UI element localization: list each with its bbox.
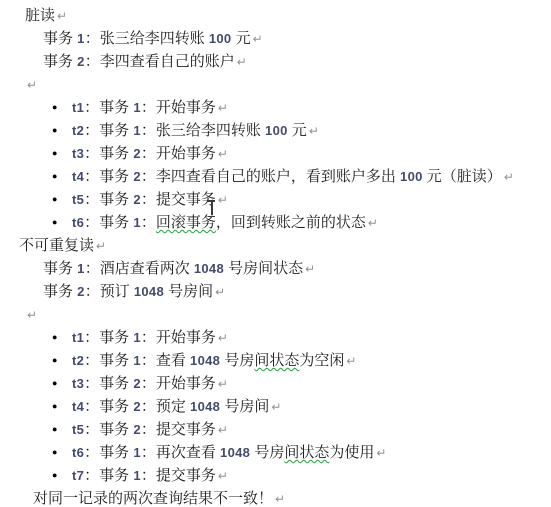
latin-run: 1 (77, 31, 85, 46)
bullet-icon: ● (52, 96, 57, 119)
text-segment: t5：事务 2：提交事务 (72, 421, 216, 438)
text-segment: 对同一记录的两次查询结果不一致！ (33, 490, 273, 507)
bullet-icon: ● (52, 188, 57, 211)
latin-run: 1 (133, 123, 141, 138)
latin-run: 2 (133, 192, 141, 207)
bullet-icon: ● (52, 211, 57, 234)
paragraph-mark-icon: ↵ (218, 193, 228, 207)
latin-run: 1048 (134, 284, 164, 299)
bullet-icon: ● (52, 372, 57, 395)
latin-run: t2 (72, 123, 84, 138)
bullet-nrr-t7[interactable]: ●t7：事务 1：提交事务↵ (0, 464, 551, 487)
latin-run: 1 (133, 215, 141, 230)
paragraph-mark-icon: ↵ (271, 400, 281, 414)
bullet-nrr-t2[interactable]: ●t2：事务 1：查看 1048 号房间状态为空闲↵ (0, 349, 551, 372)
heading-non-repeatable-read[interactable]: 不可重复读↵ (0, 234, 551, 257)
latin-run: 2 (133, 376, 141, 391)
bullet-icon: ● (52, 119, 57, 142)
text-segment: 事务 1：酒店查看两次 1048 号房间状态 (43, 260, 303, 277)
bullet-icon: ● (52, 165, 57, 188)
text-segment: t5：事务 2：提交事务 (72, 191, 216, 208)
bullet-nrr-t3[interactable]: ●t3：事务 2：开始事务↵ (0, 372, 551, 395)
text-segment: t6：事务 1： (72, 214, 156, 231)
latin-run: 1048 (190, 353, 220, 368)
latin-run: 100 (400, 169, 423, 184)
latin-run: t3 (72, 146, 84, 161)
bullet-dirty-t2[interactable]: ●t2：事务 1：张三给李四转账 100 元↵ (0, 119, 551, 142)
bullet-nrr-t1[interactable]: ●t1：事务 1：开始事务↵ (0, 326, 551, 349)
text-segment: t3：事务 2：开始事务 (72, 375, 216, 392)
para-dirty-tx2[interactable]: 事务 2：李四查看自己的账户↵ (0, 50, 551, 73)
paragraph-mark-icon: ↵ (218, 147, 228, 161)
paragraph-mark-icon: ↵ (346, 354, 356, 368)
latin-run: 2 (133, 146, 141, 161)
bullet-dirty-t4[interactable]: ●t4：事务 2：李四查看自己的账户，看到账户多出 100 元（脏读）↵ (0, 165, 551, 188)
bullet-icon: ● (52, 349, 57, 372)
latin-run: t4 (72, 169, 84, 184)
latin-run: t5 (72, 192, 84, 207)
text-segment: t2：事务 1：张三给李四转账 100 元 (72, 122, 307, 139)
paragraph-mark-icon: ↵ (215, 285, 225, 299)
latin-run: t1 (72, 100, 84, 115)
paragraph-mark-icon: ↵ (376, 446, 386, 460)
bullet-nrr-t4[interactable]: ●t4：事务 2：预定 1048 号房间↵ (0, 395, 551, 418)
document-page[interactable]: 脏读↵事务 1：张三给李四转账 100 元↵事务 2：李四查看自己的账户↵↵●t… (0, 0, 551, 507)
latin-run: t6 (72, 445, 84, 460)
paragraph-mark-icon: ↵ (309, 124, 319, 138)
latin-run: 2 (77, 284, 85, 299)
text-segment: t3：事务 2：开始事务 (72, 145, 216, 162)
text-segment: ，回到转账之前的状态 (216, 214, 366, 231)
bullet-icon: ● (52, 464, 57, 487)
bullet-dirty-t6[interactable]: ●t6：事务 1：回滚事务，回到转账之前的状态↵ (0, 211, 551, 234)
latin-run: 1 (133, 445, 141, 460)
text-segment: 事务 2：李四查看自己的账户 (43, 53, 235, 70)
grammar-error-text: 间状态 (284, 444, 329, 461)
empty-paragraph-1[interactable]: ↵ (0, 73, 551, 96)
latin-run: 100 (209, 31, 232, 46)
latin-run: 2 (133, 169, 141, 184)
text-segment: t4：事务 2：预定 1048 号房间 (72, 398, 269, 415)
latin-run: t1 (72, 330, 84, 345)
bullet-icon: ● (52, 418, 57, 441)
latin-run: t6 (72, 215, 84, 230)
heading-dirty-read[interactable]: 脏读↵ (0, 4, 551, 27)
para-conclusion[interactable]: 对同一记录的两次查询结果不一致！↵ (0, 487, 551, 507)
paragraph-mark-icon: ↵ (218, 423, 228, 437)
paragraph-mark-icon: ↵ (218, 377, 228, 391)
latin-run: t4 (72, 399, 84, 414)
latin-run: 2 (133, 422, 141, 437)
paragraph-mark-icon: ↵ (218, 101, 228, 115)
bullet-dirty-t1[interactable]: ●t1：事务 1：开始事务↵ (0, 96, 551, 119)
text-segment: 为空闲 (299, 352, 344, 369)
paragraph-mark-icon: ↵ (305, 262, 315, 276)
grammar-error-text: 回滚事务 (156, 214, 216, 231)
paragraph-list: 脏读↵事务 1：张三给李四转账 100 元↵事务 2：李四查看自己的账户↵↵●t… (0, 4, 551, 507)
text-segment: 脏读 (25, 7, 55, 24)
latin-run: t5 (72, 422, 84, 437)
latin-run: 100 (265, 123, 288, 138)
text-segment: t1：事务 1：开始事务 (72, 329, 216, 346)
text-segment: t4：事务 2：李四查看自己的账户，看到账户多出 100 元（脏读） (72, 168, 502, 185)
bullet-dirty-t3[interactable]: ●t3：事务 2：开始事务↵ (0, 142, 551, 165)
latin-run: 2 (77, 54, 85, 69)
text-segment: t1：事务 1：开始事务 (72, 99, 216, 116)
paragraph-mark-icon: ↵ (368, 216, 378, 230)
paragraph-mark-icon: ↵ (57, 9, 67, 23)
latin-run: 1048 (194, 261, 224, 276)
latin-run: 1048 (190, 399, 220, 414)
empty-paragraph-2[interactable]: ↵ (0, 303, 551, 326)
bullet-icon: ● (52, 326, 57, 349)
bullet-nrr-t6[interactable]: ●t6：事务 1：再次查看 1048 号房间状态为使用↵ (0, 441, 551, 464)
text-segment: 不可重复读 (19, 237, 94, 254)
paragraph-mark-icon: ↵ (237, 55, 247, 69)
text-segment: t7：事务 1：提交事务 (72, 467, 216, 484)
paragraph-mark-icon: ↵ (96, 239, 106, 253)
bullet-icon: ● (52, 441, 57, 464)
paragraph-mark-icon: ↵ (27, 78, 37, 92)
bullet-icon: ● (52, 142, 57, 165)
bullet-nrr-t5[interactable]: ●t5：事务 2：提交事务↵ (0, 418, 551, 441)
para-nrr-tx1[interactable]: 事务 1：酒店查看两次 1048 号房间状态↵ (0, 257, 551, 280)
latin-run: t2 (72, 353, 84, 368)
paragraph-mark-icon: ↵ (27, 308, 37, 322)
latin-run: 1048 (220, 445, 250, 460)
latin-run: 2 (133, 399, 141, 414)
text-segment: t2：事务 1：查看 1048 号房 (72, 352, 254, 369)
grammar-error-text: 间状态 (254, 352, 299, 369)
paragraph-mark-icon: ↵ (275, 492, 285, 506)
text-segment: 事务 2：预订 1048 号房间 (43, 283, 213, 300)
bullet-icon: ● (52, 395, 57, 418)
latin-run: 1 (133, 330, 141, 345)
latin-run: 1 (133, 353, 141, 368)
paragraph-mark-icon: ↵ (218, 331, 228, 345)
paragraph-mark-icon: ↵ (504, 170, 514, 184)
latin-run: t7 (72, 468, 84, 483)
bullet-dirty-t5[interactable]: ●t5：事务 2：提交事务↵ (0, 188, 551, 211)
latin-run: 1 (133, 100, 141, 115)
para-dirty-tx1[interactable]: 事务 1：张三给李四转账 100 元↵ (0, 27, 551, 50)
text-segment: 为使用 (329, 444, 374, 461)
paragraph-mark-icon: ↵ (218, 469, 228, 483)
para-nrr-tx2[interactable]: 事务 2：预订 1048 号房间↵ (0, 280, 551, 303)
latin-run: 1 (77, 261, 85, 276)
text-segment: t6：事务 1：再次查看 1048 号房 (72, 444, 284, 461)
text-segment: 事务 1：张三给李四转账 100 元 (43, 30, 251, 47)
latin-run: 1 (133, 468, 141, 483)
paragraph-mark-icon: ↵ (253, 32, 263, 46)
latin-run: t3 (72, 376, 84, 391)
